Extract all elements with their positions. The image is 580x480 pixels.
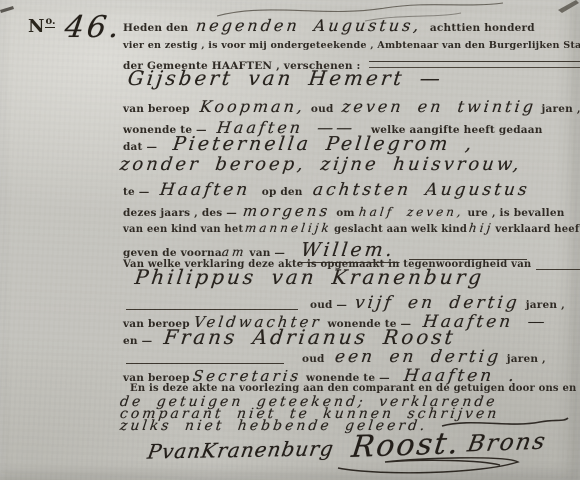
- printed-text: jaren ,: [507, 353, 546, 365]
- printed-text: Heden den: [123, 22, 188, 34]
- scan-edge-mark-right: [556, 0, 580, 14]
- handwritten-text: Koopman,: [199, 97, 306, 116]
- line-witness2-age: oudeen en dertigjaren ,: [126, 347, 546, 367]
- line-declarant-name: Gijsbert van Hemert —: [128, 66, 443, 90]
- line-closing-printed: En is deze akte na voorlezing aan den co…: [130, 383, 576, 394]
- line-witness2-name: en —Frans Adrianus Roost: [123, 325, 456, 349]
- signature-witness2: Roost.: [350, 426, 463, 465]
- printed-text: oud: [302, 353, 325, 365]
- record-number-block: No. 46.: [28, 16, 122, 45]
- line-birth-time: dezes jaars , des —morgensomhalf zeven,u…: [123, 202, 565, 220]
- ruled-blank-line: [536, 259, 580, 270]
- record-number-value: 46.: [63, 10, 125, 45]
- line-child-gender: van een kind van hetmannelijkgeslacht aa…: [123, 221, 580, 235]
- signature-witness1: PvanKranenburg: [146, 436, 336, 463]
- printed-text: jaren ,: [542, 103, 580, 115]
- signature-registrar: Brons: [465, 429, 549, 458]
- printed-text: om: [336, 207, 355, 219]
- line-mother-occupation: zonder beroep, zijne huisvrouw,: [120, 154, 522, 175]
- record-number-superscript: o.: [45, 16, 55, 28]
- printed-text: geven de voorna: [123, 247, 222, 259]
- printed-text: op den: [262, 186, 303, 198]
- printed-text: van beroep: [123, 103, 190, 115]
- scan-edge-mark-left: [0, 4, 16, 14]
- line-declarant-occupation-age: van beroepKoopman,oudzeven en twintigjar…: [123, 97, 580, 116]
- printed-text: oud: [311, 103, 334, 115]
- handwritten-text: mannelijk: [244, 221, 332, 235]
- handwritten-text: Philippus van Kranenburg: [134, 265, 486, 289]
- line-witness1-name: Philippus van Kranenburg: [135, 265, 484, 289]
- handwritten-text: negenden Augustus,: [195, 16, 423, 35]
- printed-text: En is deze akte na voorlezing aan den co…: [130, 383, 576, 394]
- handwritten-text: half zeven,: [358, 205, 465, 219]
- printed-text: ure , is bevallen: [468, 207, 565, 219]
- record-number-label: No.: [28, 16, 55, 37]
- handwritten-text: am: [221, 245, 247, 259]
- handwritten-text: een en dertig: [333, 347, 502, 367]
- printed-text: vier en zestig , is voor mij ondergeteek…: [123, 40, 580, 51]
- handwritten-text: achtsten Augustus: [311, 180, 530, 200]
- line-mother-name: dat —Pieternella Pellegrom ,: [123, 133, 475, 155]
- printed-text: dat —: [123, 141, 157, 153]
- ruled-blank-line: [126, 299, 298, 310]
- handwritten-text: Haaften: [158, 180, 251, 200]
- printed-text: van —: [249, 247, 285, 259]
- handwritten-text: Frans Adrianus Roost: [163, 325, 458, 349]
- printed-text: van een kind van het: [123, 224, 243, 235]
- line-birthplace-date: te —Haaftenop denachtsten Augustus: [123, 180, 529, 200]
- line-year-official: vier en zestig , is voor mij ondergeteek…: [123, 40, 580, 51]
- line-witness1-age: oud —vijf en dertigjaren ,: [126, 293, 565, 313]
- printed-text: en —: [123, 335, 152, 347]
- printed-text: achttien honderd: [430, 22, 535, 34]
- printed-text: dezes jaars , des —: [123, 207, 237, 219]
- handwritten-text: vijf en dertig: [354, 293, 521, 313]
- handwritten-text: Pieternella Pellegrom ,: [172, 133, 476, 155]
- line-date-opening: Heden dennegenden Augustus,achttien hond…: [123, 16, 535, 35]
- printed-text: jaren ,: [526, 299, 565, 311]
- printed-text: te —: [123, 186, 150, 198]
- printed-text: oud —: [310, 299, 347, 311]
- printed-text: geslacht aan welk kind: [334, 224, 467, 235]
- printed-text: verklaard heeft te: [495, 224, 580, 235]
- handwritten-text: morgens: [242, 202, 331, 220]
- handwritten-text: hij: [468, 221, 494, 235]
- handwritten-text: zeven en twintig: [340, 97, 536, 116]
- birth-certificate-page: No. 46. Heden dennegenden Augustus,achtt…: [0, 0, 580, 480]
- ruled-blank-line: [126, 353, 284, 364]
- handwritten-text: Gijsbert van Hemert —: [127, 66, 445, 90]
- handwritten-text: zonder beroep, zijne huisvrouw,: [119, 154, 523, 175]
